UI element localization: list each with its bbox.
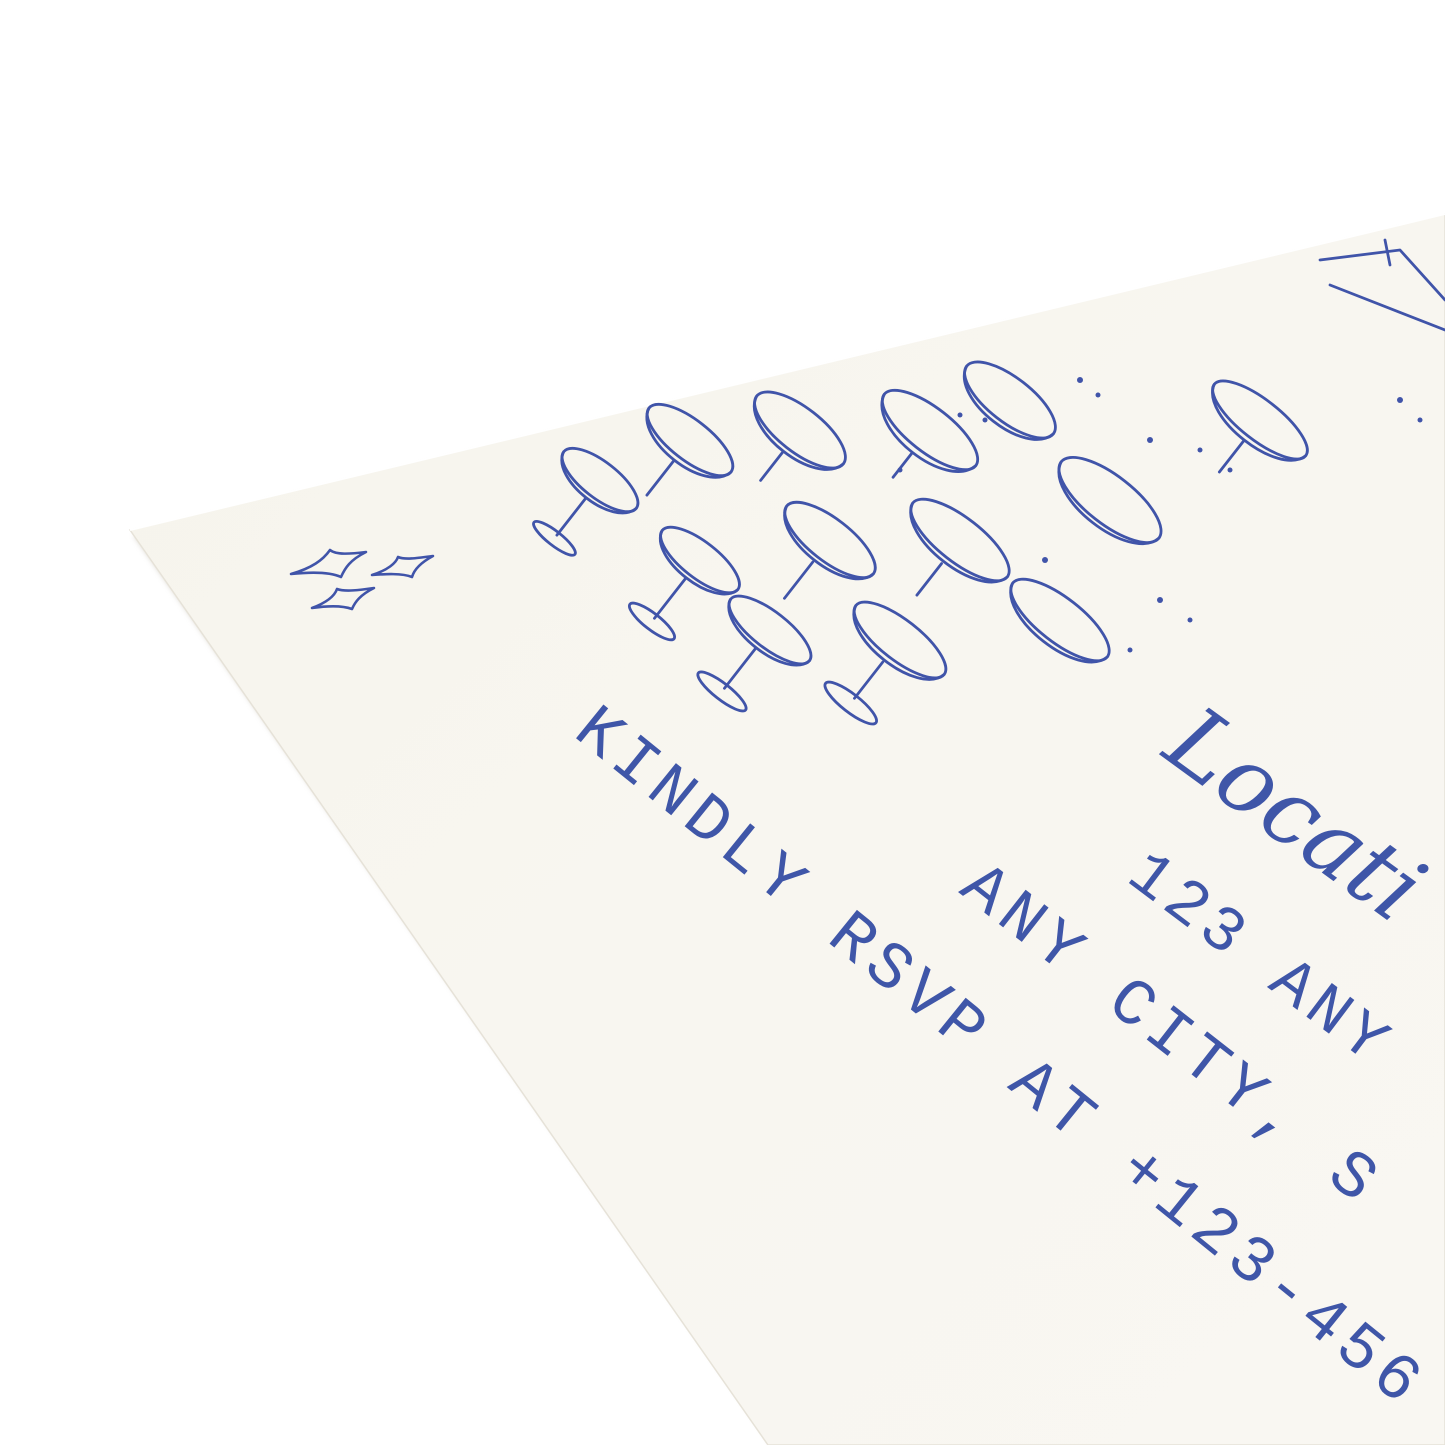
invitation-card-scene: Locati 123 ANY ANY CITY, S KINDLY RSVP A… [0,0,1445,1445]
